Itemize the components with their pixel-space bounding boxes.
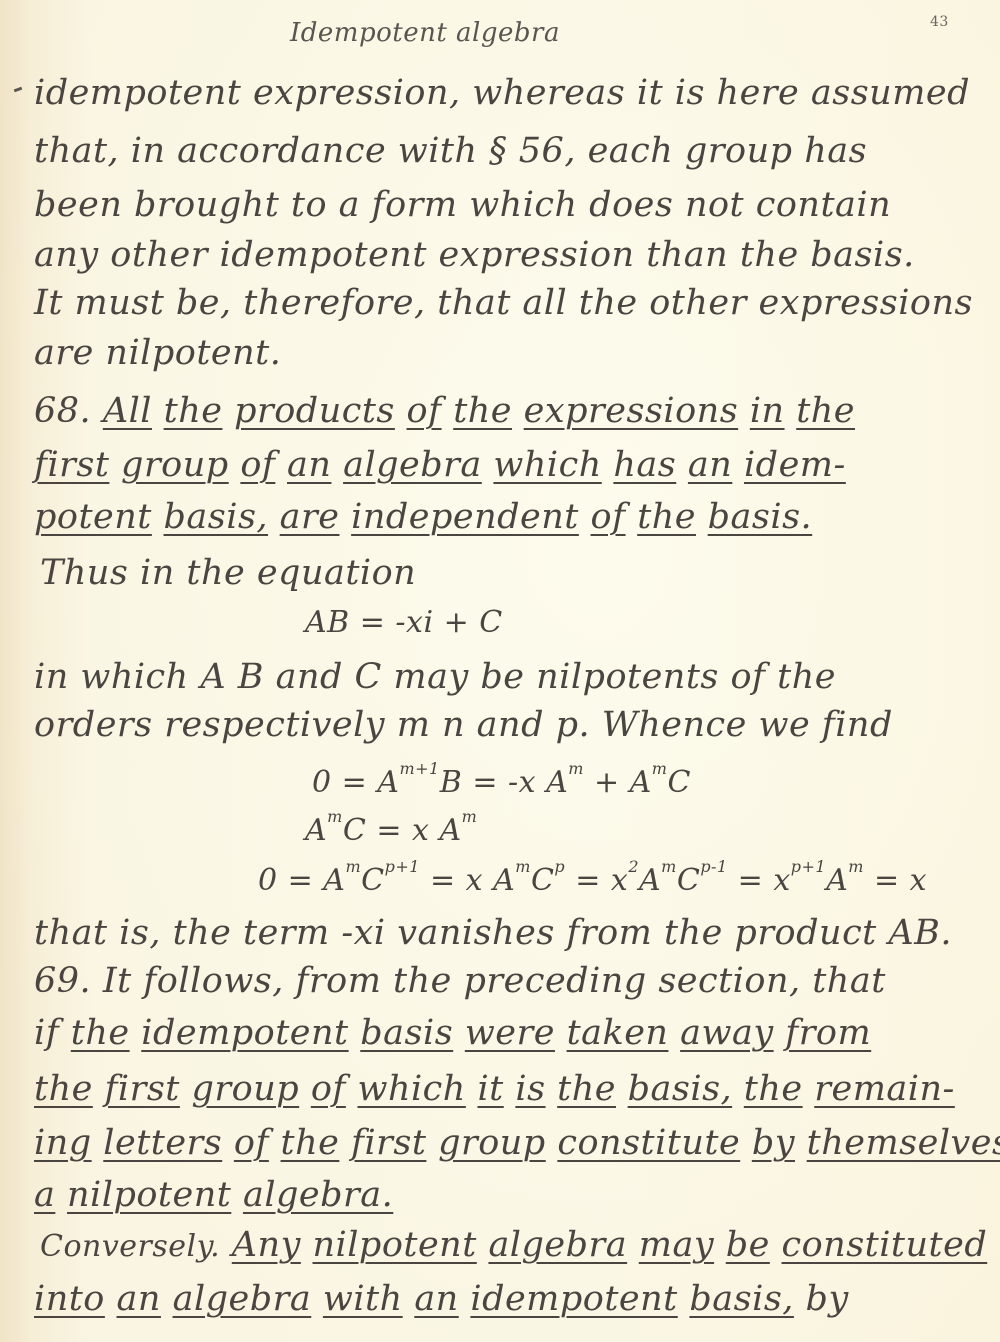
converse-line-1: Conversely. Any nilpotent algebra may be… bbox=[40, 1228, 987, 1263]
underlined-word: independent bbox=[351, 497, 579, 537]
underlined-word: taken bbox=[567, 1013, 669, 1053]
underlined-word: first bbox=[351, 1123, 426, 1163]
text-line: idempotent expression, whereas it is her… bbox=[34, 76, 970, 111]
underlined-word: basis, bbox=[689, 1279, 794, 1319]
underlined-word: by bbox=[752, 1123, 795, 1163]
underlined-word: a bbox=[34, 1175, 55, 1215]
converse-label: Conversely. bbox=[40, 1229, 220, 1264]
underlined-word: in bbox=[750, 391, 785, 431]
underlined-word: an bbox=[287, 445, 331, 485]
underlined-word: an bbox=[414, 1279, 458, 1319]
underlined-word: expressions bbox=[524, 391, 739, 431]
underlined-word: with bbox=[323, 1279, 403, 1319]
underlined-word: the bbox=[281, 1123, 340, 1163]
underlined-word: algebra bbox=[488, 1225, 627, 1265]
underlined-word: algebra bbox=[173, 1279, 312, 1319]
section-68-statement-line-2: first group of an algebra which has an i… bbox=[34, 448, 846, 483]
underlined-word: the bbox=[453, 391, 512, 431]
text-line: It must be, therefore, that all the othe… bbox=[34, 286, 973, 321]
underlined-word: basis, bbox=[164, 497, 269, 537]
underlined-word: basis. bbox=[708, 497, 813, 537]
underlined-word: away bbox=[680, 1013, 773, 1053]
underlined-word: which bbox=[357, 1069, 465, 1109]
equation-2: 0 = Am+1B = -x Am + AmC bbox=[312, 768, 691, 798]
underlined-word: constitute bbox=[557, 1123, 740, 1163]
underlined-word: an bbox=[688, 445, 732, 485]
section-number: 69. bbox=[34, 961, 91, 1001]
underlined-word: themselves bbox=[807, 1123, 1000, 1163]
underlined-word: idempotent bbox=[141, 1013, 348, 1053]
underlined-word: be bbox=[726, 1225, 770, 1265]
text-line: orders respectively m n and p. Whence we… bbox=[34, 708, 893, 743]
underlined-word: an bbox=[117, 1279, 161, 1319]
underlined-word: the bbox=[34, 1069, 93, 1109]
underlined-word: nilpotent bbox=[67, 1175, 231, 1215]
underlined-word: first bbox=[104, 1069, 179, 1109]
equation-3: AmC = x Am bbox=[305, 816, 477, 846]
section-69-line-4: ing letters of the first group constitut… bbox=[34, 1126, 1000, 1161]
underlined-word: algebra bbox=[343, 445, 482, 485]
section-69-line-1: 69. It follows, from the preceding secti… bbox=[34, 964, 886, 999]
underlined-word: basis bbox=[360, 1013, 453, 1053]
text-line: been brought to a form which does not co… bbox=[34, 188, 891, 223]
underlined-word: remain- bbox=[814, 1069, 955, 1109]
underlined-word: are bbox=[280, 497, 340, 537]
underlined-word: the bbox=[71, 1013, 130, 1053]
underlined-word: constituted bbox=[782, 1225, 988, 1265]
underlined-word: algebra. bbox=[243, 1175, 393, 1215]
equation-4: 0 = AmCp+1 = x AmCp = x2AmCp-1 = xp+1Am … bbox=[258, 866, 927, 896]
text-line: that, in accordance with § 56, each grou… bbox=[34, 134, 867, 169]
underlined-word: into bbox=[34, 1279, 105, 1319]
underlined-word: products bbox=[234, 391, 395, 431]
underlined-word: nilpotent bbox=[313, 1225, 477, 1265]
underlined-word: were bbox=[465, 1013, 555, 1053]
section-68-statement-line-3: potent basis, are independent of the bas… bbox=[34, 500, 812, 535]
underlined-word: idempotent bbox=[470, 1279, 677, 1319]
underlined-word: is bbox=[515, 1069, 545, 1109]
underlined-word: the bbox=[557, 1069, 616, 1109]
underlined-word: the bbox=[744, 1069, 803, 1109]
underlined-word: group bbox=[438, 1123, 546, 1163]
underlined-word: letters bbox=[103, 1123, 222, 1163]
underlined-word: from bbox=[785, 1013, 871, 1053]
text-line: are nilpotent. bbox=[34, 336, 281, 371]
underlined-word: Any bbox=[232, 1225, 301, 1265]
underlined-word: the bbox=[796, 391, 855, 431]
proof-intro: Thus in the equation bbox=[40, 556, 416, 591]
underlined-word: group bbox=[121, 445, 229, 485]
text-line: any other idempotent expression than the… bbox=[34, 238, 915, 273]
text-line: that is, the term -xi vanishes from the … bbox=[34, 916, 952, 951]
section-69-line-2: if the idempotent basis were taken away … bbox=[34, 1016, 871, 1051]
equation-1: AB = -xi + C bbox=[305, 608, 503, 638]
underlined-word: it bbox=[477, 1069, 503, 1109]
underlined-word: All bbox=[103, 391, 152, 431]
underlined-word: idem- bbox=[744, 445, 846, 485]
text-line: in which A B and C may be nilpotents of … bbox=[34, 660, 836, 695]
underlined-word: the bbox=[164, 391, 223, 431]
section-68-statement-line-1: 68. All the products of the expressions … bbox=[34, 394, 855, 429]
page-number: 43 bbox=[930, 14, 949, 30]
underlined-word: ing bbox=[34, 1123, 92, 1163]
running-title: Idempotent algebra bbox=[290, 18, 560, 48]
underlined-word: potent bbox=[34, 497, 152, 537]
underlined-word: the bbox=[637, 497, 696, 537]
underlined-word: may bbox=[639, 1225, 714, 1265]
underlined-word: which bbox=[493, 445, 601, 485]
underlined-word: group bbox=[192, 1069, 300, 1109]
underlined-word: of bbox=[234, 1123, 269, 1163]
underlined-word: of bbox=[407, 391, 442, 431]
underlined-word: of bbox=[240, 445, 275, 485]
underlined-word: of bbox=[311, 1069, 346, 1109]
underlined-word: has bbox=[613, 445, 676, 485]
converse-line-2: into an algebra with an idempotent basis… bbox=[34, 1282, 849, 1317]
underlined-word: basis, bbox=[628, 1069, 733, 1109]
underlined-word: of bbox=[591, 497, 626, 537]
section-69-line-3: the first group of which it is the basis… bbox=[34, 1072, 955, 1107]
section-69-line-5: a nilpotent algebra. bbox=[34, 1178, 393, 1213]
underlined-word: first bbox=[34, 445, 109, 485]
section-number: 68. bbox=[34, 391, 91, 431]
